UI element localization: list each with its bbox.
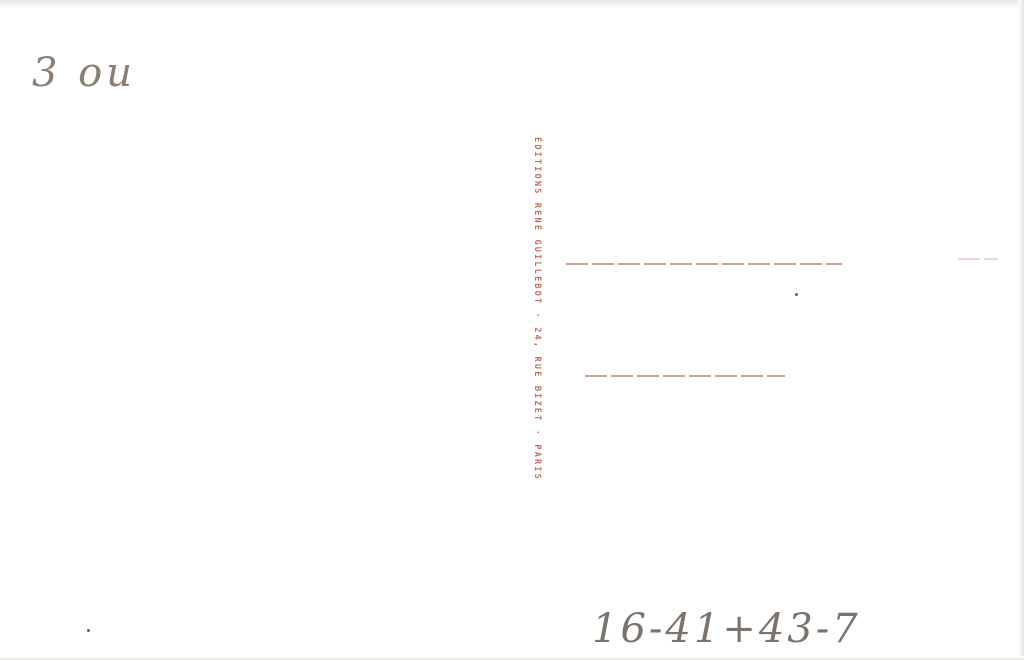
address-line-2 xyxy=(585,375,785,377)
handwritten-note-bottom: 16-41+43-7 xyxy=(592,606,861,652)
ink-speck xyxy=(87,629,90,632)
card-edge-top xyxy=(0,0,1024,8)
publisher-imprint: ÉDITIONS RENÉ GUILLEBOT · 24, RUE BIZET … xyxy=(527,64,547,554)
ink-speck xyxy=(795,293,798,296)
card-edge-right xyxy=(1018,0,1024,660)
postcard-back: 3 ou ÉDITIONS RENÉ GUILLEBOT · 24, RUE B… xyxy=(0,0,1024,660)
address-line-1 xyxy=(566,263,842,265)
handwritten-note-top: 3 ou xyxy=(32,50,136,96)
address-line-1-end xyxy=(958,258,998,260)
card-edge-bottom xyxy=(0,656,1024,660)
publisher-imprint-text: ÉDITIONS RENÉ GUILLEBOT · 24, RUE BIZET … xyxy=(532,137,542,481)
